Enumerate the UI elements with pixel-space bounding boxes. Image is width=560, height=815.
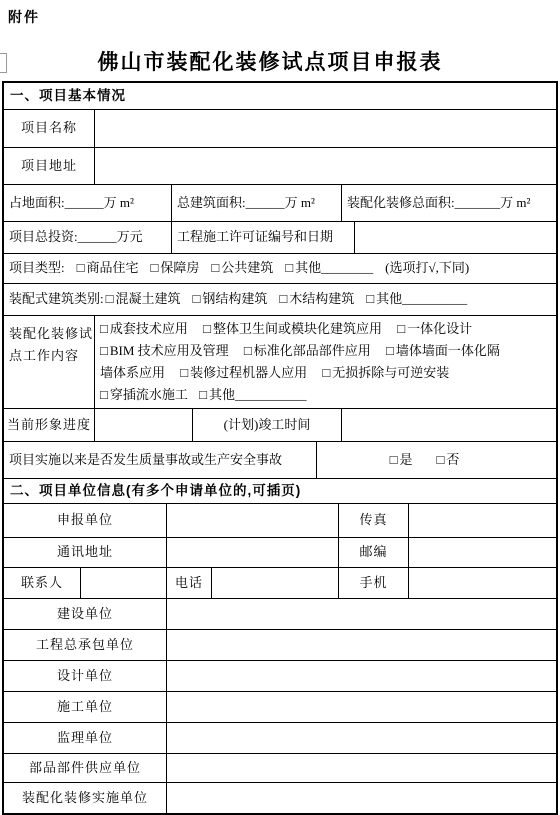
completion-time-input[interactable] (342, 409, 556, 441)
project-address-input[interactable] (95, 148, 556, 184)
accident-no-label: 否 (446, 452, 459, 467)
postcode-label: 邮编 (339, 538, 409, 567)
pilot-option-flow-construction[interactable]: □穿插流水施工 (100, 387, 188, 402)
application-form-table: 一、项目基本情况 项目名称 项目地址 占地面积:______万 m² 总建筑面积… (2, 81, 558, 815)
construction-unit-input[interactable] (167, 599, 556, 629)
contact-input[interactable] (81, 568, 167, 598)
progress-label: 当前形象进度 (4, 409, 95, 441)
project-type-cell: 项目类型: □商品住宅 □保障房 □公共建筑 □其他________ (选项打√… (4, 254, 556, 283)
investment-label: 项目总投资: (9, 229, 78, 245)
pilot-option-other[interactable]: □其他___________ (199, 387, 306, 402)
fax-label: 传真 (339, 504, 409, 537)
design-unit-row: 设计单位 (4, 661, 556, 692)
cat-option-other-label: 其他 (376, 291, 402, 306)
checkbox-icon: □ (151, 260, 159, 275)
supervision-unit-label: 监理单位 (4, 723, 167, 753)
design-unit-label: 设计单位 (4, 661, 167, 691)
cat-option-steel[interactable]: □钢结构建筑 (193, 291, 268, 307)
fax-input[interactable] (409, 504, 556, 537)
checkbox-icon: □ (322, 365, 330, 380)
builder-unit-row: 施工单位 (4, 692, 556, 723)
pilot-option-nondestructive-label: 无损拆除与可逆安装 (332, 365, 449, 380)
pilot-content-cell: □成套技术应用 □整体卫生间或模块化建筑应用 □一体化设计 □BIM 技术应用及… (95, 316, 556, 408)
pilot-option-bim-label: BIM 技术应用及管理 (110, 343, 229, 358)
checkbox-icon: □ (390, 452, 398, 467)
land-area-field[interactable]: 占地面积:______万 m² (4, 185, 172, 221)
project-name-input[interactable] (95, 110, 556, 147)
address-label: 通讯地址 (4, 538, 167, 567)
checkbox-icon: □ (285, 260, 293, 275)
cat-option-timber-label: 木结构建筑 (289, 291, 354, 306)
floor-area-unit: 万 m² (285, 195, 315, 211)
type-option-commercial[interactable]: □商品住宅 (77, 260, 139, 276)
construction-unit-label: 建设单位 (4, 599, 167, 629)
supplier-unit-label: 部品部件供应单位 (4, 754, 167, 782)
contact-label: 联系人 (4, 568, 81, 598)
pilot-option-standard-parts-label: 标准化部品部件应用 (254, 343, 371, 358)
implementer-unit-label: 装配化装修实施单位 (4, 783, 167, 813)
building-category-row: 装配式建筑类别: □混凝土建筑 □钢结构建筑 □木结构建筑 □其他_______… (4, 284, 556, 316)
pilot-option-bim[interactable]: □BIM 技术应用及管理 (100, 343, 229, 358)
checkbox-icon: □ (397, 321, 405, 336)
section1-header-row: 一、项目基本情况 (4, 83, 556, 110)
construction-unit-row: 建设单位 (4, 599, 556, 630)
pilot-option-integrated-design-label: 一体化设计 (407, 321, 472, 336)
investment-field[interactable]: 项目总投资:______万元 (4, 222, 172, 253)
implementer-unit-row: 装配化装修实施单位 (4, 783, 556, 813)
supplier-unit-input[interactable] (167, 754, 556, 782)
checkbox-icon: □ (100, 321, 108, 336)
pilot-option-flow-construction-label: 穿插流水施工 (110, 387, 188, 402)
design-unit-input[interactable] (167, 661, 556, 691)
supervision-unit-row: 监理单位 (4, 723, 556, 754)
form-title: 佛山市装配化装修试点项目申报表 (0, 46, 540, 76)
project-type-row: 项目类型: □商品住宅 □保障房 □公共建筑 □其他________ (选项打√… (4, 254, 556, 284)
checkbox-icon: □ (203, 321, 211, 336)
pilot-option-wall-system-label-part1: 墙体墙面一体化隔 (396, 343, 500, 358)
pilot-option-integrated-bathroom-label: 整体卫生间或模块化建筑应用 (213, 321, 382, 336)
cat-option-steel-label: 钢结构建筑 (202, 291, 267, 306)
building-category-cell: 装配式建筑类别: □混凝土建筑 □钢结构建筑 □木结构建筑 □其他_______… (4, 284, 556, 315)
completion-time-label: (计划)竣工时间 (193, 409, 342, 441)
pilot-option-integrated-bathroom[interactable]: □整体卫生间或模块化建筑应用 (203, 321, 382, 336)
accident-row: 项目实施以来是否发生质量事故或生产安全事故 □是 □否 (4, 442, 556, 479)
floor-area-field[interactable]: 总建筑面积:______万 m² (172, 185, 342, 221)
accident-question: 项目实施以来是否发生质量事故或生产安全事故 (4, 442, 317, 478)
areas-row: 占地面积:______万 m² 总建筑面积:______万 m² 装配化装修总面… (4, 185, 556, 222)
land-area-label: 占地面积: (9, 195, 65, 211)
checkbox-icon: □ (100, 343, 108, 358)
floor-area-label: 总建筑面积: (177, 195, 246, 211)
type-option-public-label: 公共建筑 (221, 260, 273, 275)
checkbox-icon: □ (366, 291, 374, 306)
type-option-commercial-label: 商品住宅 (86, 260, 138, 275)
accident-answer-cell: □是 □否 (317, 442, 556, 478)
section2-title: 二、项目单位信息(有多个申请单位的,可插页) (4, 479, 556, 503)
contact-row: 联系人 电话 手机 (4, 568, 556, 599)
checkbox-icon: □ (437, 452, 445, 467)
postcode-input[interactable] (409, 538, 556, 567)
permit-input[interactable] (355, 222, 556, 253)
mobile-label: 手机 (339, 568, 409, 598)
building-category-label: 装配式建筑类别: (9, 291, 104, 307)
form-page: 附件 佛山市装配化装修试点项目申报表 一、项目基本情况 项目名称 项目地址 占地… (0, 0, 560, 815)
pilot-option-wall-system[interactable]: □墙体墙面一体化隔 (386, 343, 500, 358)
checkbox-icon: □ (279, 291, 287, 306)
cat-option-timber[interactable]: □木结构建筑 (279, 291, 354, 307)
pilot-other-blank[interactable]: ___________ (235, 387, 307, 402)
cat-option-concrete-label: 混凝土建筑 (115, 291, 180, 306)
mobile-input[interactable] (409, 568, 556, 598)
accident-no-checkbox[interactable]: □否 (437, 452, 460, 468)
deco-area-field[interactable]: 装配化装修总面积:_______万 m² (342, 185, 556, 221)
accident-yes-label: 是 (399, 452, 412, 467)
pilot-option-complete-tech-label: 成套技术应用 (110, 321, 188, 336)
checkbox-icon: □ (100, 387, 108, 402)
deco-area-label: 装配化装修总面积: (347, 195, 455, 211)
builder-unit-input[interactable] (167, 692, 556, 722)
investment-permit-row: 项目总投资:______万元 工程施工许可证编号和日期 (4, 222, 556, 254)
pilot-option-robot-label: 装修过程机器人应用 (190, 365, 307, 380)
checkbox-icon: □ (199, 387, 207, 402)
permit-label: 工程施工许可证编号和日期 (172, 222, 355, 253)
implementer-unit-input[interactable] (167, 783, 556, 813)
supervision-unit-input[interactable] (167, 723, 556, 753)
address-row: 通讯地址 邮编 (4, 538, 556, 568)
type-other-blank[interactable]: ________ (321, 260, 373, 275)
cat-option-concrete[interactable]: □混凝土建筑 (106, 291, 181, 307)
checkbox-icon: □ (193, 291, 201, 306)
land-area-blank[interactable]: ______ (65, 195, 104, 211)
project-address-label: 项目地址 (4, 148, 95, 184)
pilot-label-line1: 装配化装修试 (9, 323, 93, 345)
deco-area-blank[interactable]: _______ (455, 195, 501, 211)
project-name-label: 项目名称 (4, 110, 95, 147)
accident-yes-checkbox[interactable]: □是 (390, 452, 413, 468)
pilot-label-line2: 点工作内容 (9, 345, 93, 367)
progress-row: 当前形象进度 (计划)竣工时间 (4, 409, 556, 442)
pilot-content-label: 装配化装修试点工作内容 (4, 316, 95, 408)
cat-option-other[interactable]: □其他__________ (366, 291, 467, 307)
checkbox-icon: □ (244, 343, 252, 358)
pilot-option-nondestructive[interactable]: □无损拆除与可逆安装 (322, 365, 449, 380)
applicant-row: 申报单位 传真 (4, 504, 556, 538)
deco-area-unit: 万 m² (500, 195, 530, 211)
type-option-public[interactable]: □公共建筑 (211, 260, 273, 276)
applicant-input[interactable] (167, 504, 339, 537)
type-note: (选项打√,下同) (385, 260, 469, 276)
cat-other-blank[interactable]: __________ (402, 291, 467, 306)
supplier-unit-row: 部品部件供应单位 (4, 754, 556, 783)
type-option-affordable-label: 保障房 (160, 260, 199, 275)
pilot-content-row: 装配化装修试点工作内容 □成套技术应用 □整体卫生间或模块化建筑应用 □一体化设… (4, 316, 556, 409)
scan-edge-artifact (0, 53, 7, 73)
section1-title: 一、项目基本情况 (4, 83, 556, 109)
epc-unit-label: 工程总承包单位 (4, 630, 167, 660)
address-input[interactable] (167, 538, 339, 567)
checkbox-icon: □ (211, 260, 219, 275)
epc-unit-row: 工程总承包单位 (4, 630, 556, 661)
investment-blank[interactable]: ______ (78, 229, 117, 245)
pilot-option-other-label: 其他 (209, 387, 235, 402)
investment-unit: 万元 (117, 229, 143, 245)
checkbox-icon: □ (106, 291, 114, 306)
type-option-other[interactable]: □其他________ (285, 260, 373, 276)
applicant-label: 申报单位 (4, 504, 167, 537)
pilot-option-standard-parts[interactable]: □标准化部品部件应用 (244, 343, 371, 358)
pilot-option-complete-tech[interactable]: □成套技术应用 (100, 321, 188, 336)
epc-unit-input[interactable] (167, 630, 556, 660)
floor-area-blank[interactable]: ______ (246, 195, 285, 211)
pilot-option-integrated-design[interactable]: □一体化设计 (397, 321, 472, 336)
progress-input[interactable] (95, 409, 193, 441)
type-option-other-label: 其他 (295, 260, 321, 275)
type-option-affordable[interactable]: □保障房 (151, 260, 200, 276)
section2-header-row: 二、项目单位信息(有多个申请单位的,可插页) (4, 479, 556, 504)
project-address-row: 项目地址 (4, 148, 556, 185)
phone-label: 电话 (167, 568, 212, 598)
checkbox-icon: □ (77, 260, 85, 275)
pilot-option-wall-system-label-part2: 墙体系应用 (100, 365, 165, 380)
project-type-label: 项目类型: (9, 260, 65, 276)
project-name-row: 项目名称 (4, 110, 556, 148)
builder-unit-label: 施工单位 (4, 692, 167, 722)
pilot-option-wall-system-continued: 墙体系应用 (100, 365, 165, 380)
checkbox-icon: □ (180, 365, 188, 380)
pilot-option-robot[interactable]: □装修过程机器人应用 (180, 365, 307, 380)
phone-input[interactable] (212, 568, 339, 598)
land-area-unit: 万 m² (104, 195, 134, 211)
attachment-label: 附件 (8, 7, 40, 27)
checkbox-icon: □ (386, 343, 394, 358)
